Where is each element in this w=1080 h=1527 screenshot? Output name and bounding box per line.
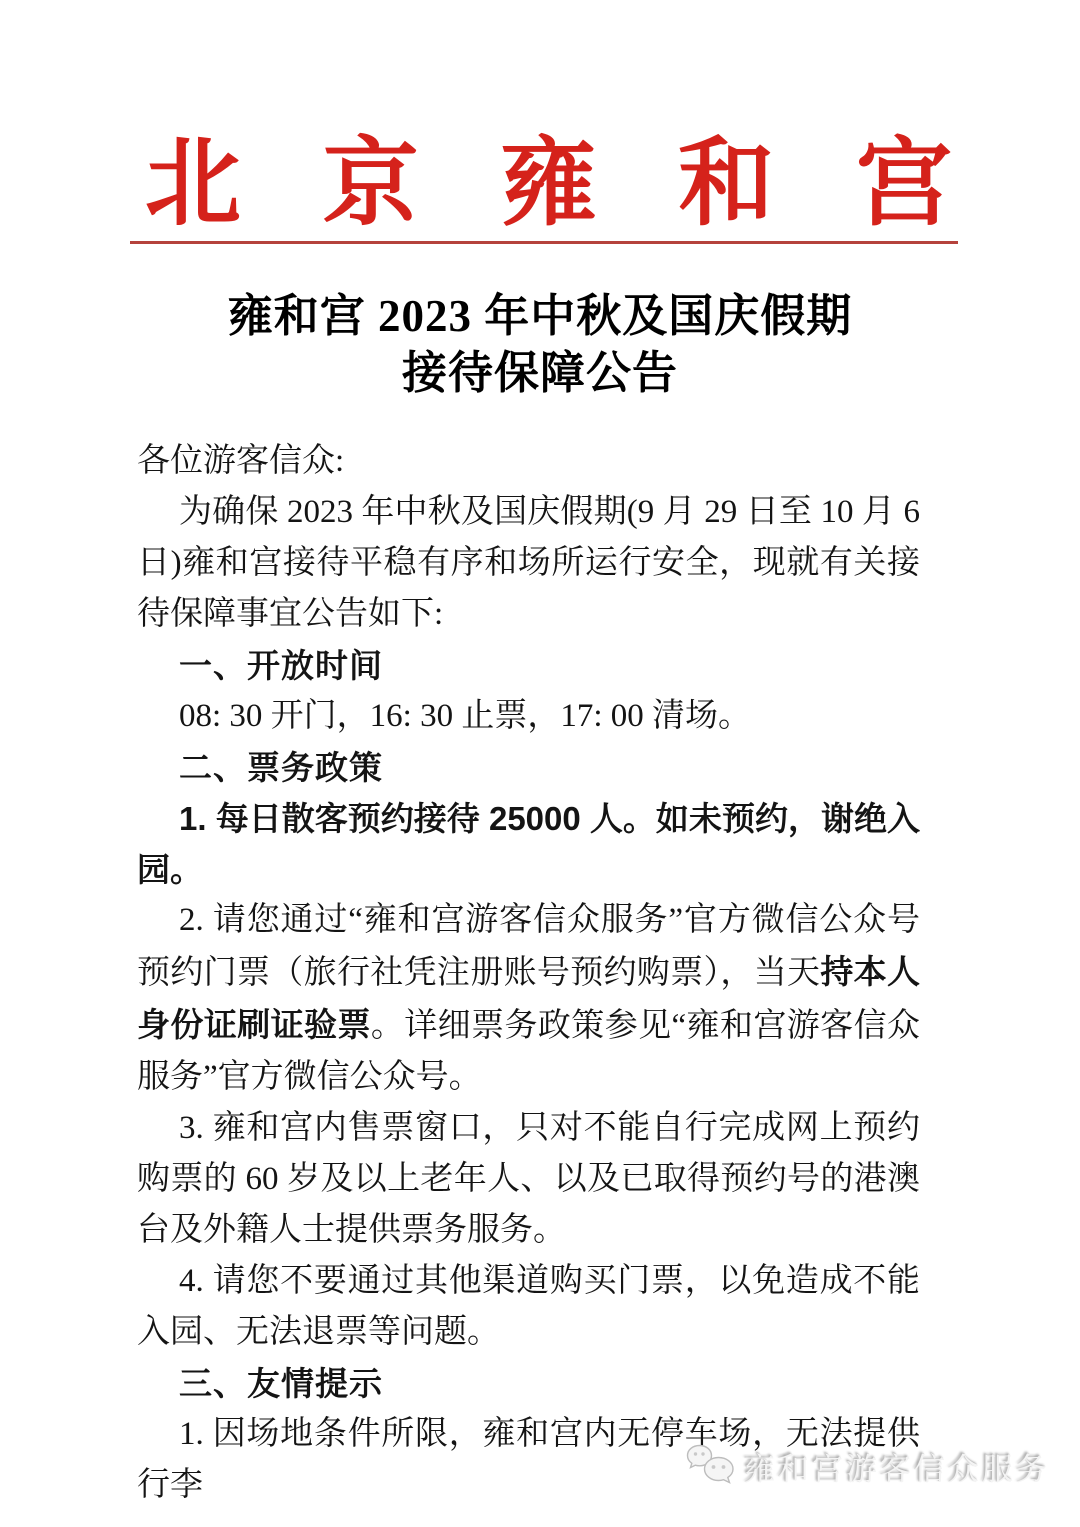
masthead-char: 北 [145,132,241,236]
masthead-divider [130,241,958,244]
watermark: 雍和宫游客信众服务 [685,1443,1050,1489]
masthead-char: 宫 [856,132,952,236]
masthead-char: 雍 [501,132,597,236]
document-title-line2: 接待保障公告 [0,345,1080,402]
section1-heading: 一、开放时间 [137,640,920,691]
watermark-label: 雍和宫游客信众服务 [744,1444,1050,1489]
section3-heading: 三、友情提示 [137,1358,920,1409]
wechat-icon [685,1443,737,1489]
ticket-item-4: 4. 请您不要通过其他渠道购买门票，以免造成不能入园、无法退票等问题。 [137,1256,920,1358]
section2-heading: 二、票务政策 [137,742,920,793]
document-title: 雍和宫 2023 年中秋及国庆假期 接待保障公告 [0,288,1080,402]
masthead-char: 和 [678,132,774,236]
intro-paragraph: 为确保 2023 年中秋及国庆假期(9 月 29 日至 10 月 6 日)雍和宫… [137,487,920,640]
ticket-item-1: 1. 每日散客预约接待 25000 人。如未预约，谢绝入园。 [137,793,920,895]
masthead: 北 京 雍 和 宫 [0,0,1080,236]
ticket-item-2-text: 2. 请您通过“雍和宫游客信众服务”官方微信公众号预约门票（旅行社凭注册账号预约… [137,902,920,991]
ticket-item-3: 3. 雍和宫内售票窗口，只对不能自行完成网上预约购票的 60 岁及以上老年人、以… [137,1103,920,1256]
masthead-char: 京 [323,132,419,236]
salutation: 各位游客信众: [137,436,920,487]
document-page: 北 京 雍 和 宫 雍和宫 2023 年中秋及国庆假期 接待保障公告 各位游客信… [0,0,1080,1527]
document-title-line1: 雍和宫 2023 年中秋及国庆假期 [0,288,1080,345]
opening-hours-paragraph: 08: 30 开门，16: 30 止票，17: 00 清场。 [137,691,920,742]
document-body: 各位游客信众: 为确保 2023 年中秋及国庆假期(9 月 29 日至 10 月… [137,436,920,1511]
ticket-item-2: 2. 请您通过“雍和宫游客信众服务”官方微信公众号预约门票（旅行社凭注册账号预约… [137,895,920,1103]
